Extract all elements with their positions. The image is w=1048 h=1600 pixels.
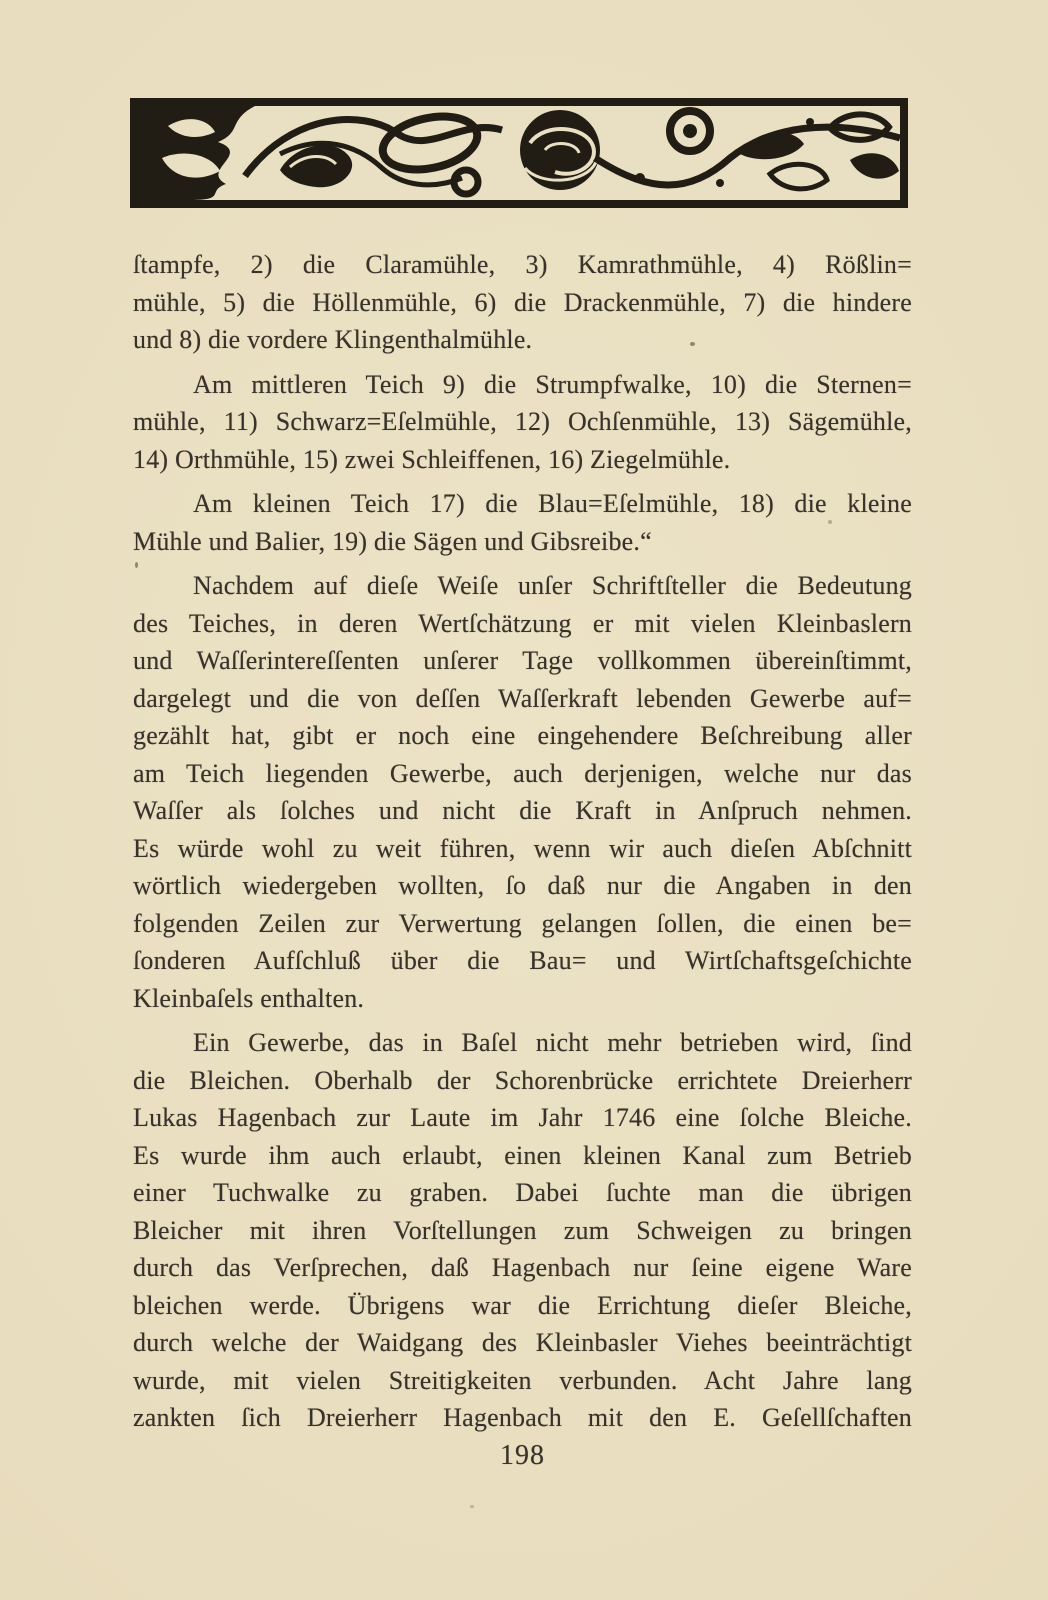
floral-woodcut-ornament (130, 98, 908, 208)
text-line: bleichen werde. Übrigens war die Erricht… (133, 1287, 912, 1325)
text-line: einer Tuchwalke zu graben. Dabei ſuchte … (133, 1174, 912, 1212)
text-line: Am kleinen Teich 17) die Blau=Eſelmühle,… (133, 485, 912, 523)
text-line: zankten ſich Dreierherr Hagenbach mit de… (133, 1399, 912, 1437)
paragraph: Am kleinen Teich 17) die Blau=Eſelmühle,… (133, 485, 912, 560)
text-line: Kleinbaſels enthalten. (133, 980, 912, 1018)
paragraph: Ein Gewerbe, das in Baſel nicht mehr bet… (133, 1024, 912, 1437)
text-line: Es würde wohl zu weit führen, wenn wir a… (133, 830, 912, 868)
text-line: Ein Gewerbe, das in Baſel nicht mehr bet… (133, 1024, 912, 1062)
text-line: Waſſer als ſolches und nicht die Kraft i… (133, 792, 912, 830)
paragraph: Am mittleren Teich 9) die Strumpfwalke, … (133, 366, 912, 479)
text-line: ſtampfe, 2) die Claramühle, 3) Kamrathmü… (133, 246, 912, 284)
text-line: Mühle und Balier, 19) die Sägen und Gibs… (133, 523, 912, 561)
scan-speck (828, 520, 832, 524)
book-page-scan: { "page": { "number": "198", "paper_colo… (0, 0, 1048, 1600)
text-line: ſonderen Aufſchluß über die Bau= und Wir… (133, 942, 912, 980)
text-line: Lukas Hagenbach zur Laute im Jahr 1746 e… (133, 1099, 912, 1137)
text-line: mühle, 11) Schwarz=Eſelmühle, 12) Ochſen… (133, 403, 912, 441)
page-number: 198 (133, 1440, 912, 1472)
text-line: und Waſſerintereſſenten unſerer Tage vol… (133, 642, 912, 680)
text-line: Bleicher mit ihren Vorſtellungen zum Sch… (133, 1212, 912, 1250)
text-line: wurde, mit vielen Streitigkeiten verbund… (133, 1362, 912, 1400)
text-line: 14) Orthmühle, 15) zwei Schleiffenen, 16… (133, 441, 912, 479)
scan-speck (470, 1505, 474, 1508)
scan-speck (135, 562, 138, 568)
text-line: Es wurde ihm auch erlaubt, einen kleinen… (133, 1137, 912, 1175)
text-line: Am mittleren Teich 9) die Strumpfwalke, … (133, 366, 912, 404)
paragraph: ſtampfe, 2) die Claramühle, 3) Kamrathmü… (133, 246, 912, 359)
text-line: dargelegt und die von deſſen Waſſerkraft… (133, 680, 912, 718)
text-line: folgenden Zeilen zur Verwertung gelangen… (133, 905, 912, 943)
body-text: ſtampfe, 2) die Claramühle, 3) Kamrathmü… (133, 246, 912, 1437)
text-line: Nachdem auf dieſe Weiſe unſer Schriftſte… (133, 567, 912, 605)
scan-speck (690, 342, 695, 346)
text-line: durch das Verſprechen, daß Hagenbach nur… (133, 1249, 912, 1287)
text-line: des Teiches, in deren Wertſchätzung er m… (133, 605, 912, 643)
text-line: durch welche der Waidgang des Kleinbasle… (133, 1324, 912, 1362)
text-line: gezählt hat, gibt er noch eine eingehend… (133, 717, 912, 755)
text-line: wörtlich wiedergeben wollten, ſo daß nur… (133, 867, 912, 905)
text-line: am Teich liegenden Gewerbe, auch derjeni… (133, 755, 912, 793)
paragraph: Nachdem auf dieſe Weiſe unſer Schriftſte… (133, 567, 912, 1017)
floral-woodcut-ornament-image (130, 98, 908, 208)
text-line: mühle, 5) die Höllenmühle, 6) die Dracke… (133, 284, 912, 322)
text-line: und 8) die vordere Klingenthalmühle. (133, 321, 912, 359)
text-line: die Bleichen. Oberhalb der Schorenbrücke… (133, 1062, 912, 1100)
